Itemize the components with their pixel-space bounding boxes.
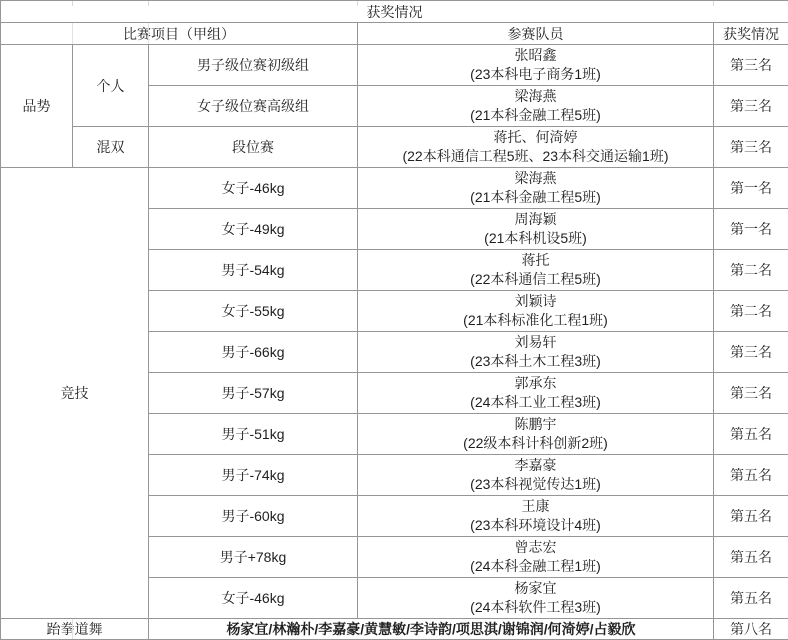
- event-cell: 男子+78kg: [149, 537, 358, 578]
- participant-cell: 刘易轩(23本科土木工程3班): [358, 332, 714, 373]
- participant-name: 蒋托、何渏婷: [358, 128, 713, 147]
- event-cell: 男子级位赛初级组: [149, 45, 358, 86]
- participant-class: (24本科金融工程1班): [358, 557, 713, 576]
- event-cell: 男子-51kg: [149, 414, 358, 455]
- gridline-ghost: [72, 619, 73, 639]
- group-cell-poomsae: 品势: [1, 45, 73, 168]
- award-cell: 第五名: [714, 455, 788, 496]
- award-cell: 第三名: [714, 45, 788, 86]
- participant-class: (24本科工业工程3班): [358, 393, 713, 412]
- participant-class: (23本科视觉传达1班): [358, 475, 713, 494]
- participant-name: 张昭鑫: [358, 46, 713, 65]
- participant-cell: 郭承东(24本科工业工程3班): [358, 373, 714, 414]
- participant-name: 郭承东: [358, 374, 713, 393]
- participant-name: 王康: [358, 497, 713, 516]
- header-participants: 参赛队员: [358, 23, 714, 45]
- participant-class: (21本科金融工程5班): [358, 106, 713, 125]
- award-cell: 第三名: [714, 86, 788, 127]
- award-cell: 第五名: [714, 496, 788, 537]
- event-cell: 男子-54kg: [149, 250, 358, 291]
- participant-name: 梁海燕: [358, 87, 713, 106]
- participant-name: 梁海燕: [358, 169, 713, 188]
- participant-class: (21本科金融工程5班): [358, 188, 713, 207]
- participant-cell: 杨家宜(24本科软件工程3班): [358, 578, 714, 619]
- participant-cell: 刘颖诗(21本科标准化工程1班): [358, 291, 714, 332]
- participant-cell: 梁海燕(21本科金融工程5班): [358, 86, 714, 127]
- participant-class: (23本科环境设计4班): [358, 516, 713, 535]
- event-cell: 段位赛: [149, 127, 358, 168]
- gridline-stub: [357, 1, 358, 6]
- table-row: 跆拳道舞 杨家宜/林瀚朴/李嘉豪/黄慧敏/李诗韵/项思淇/谢锦润/何渏婷/占毅欣…: [1, 619, 788, 640]
- participant-name: 周海颖: [358, 210, 713, 229]
- table-row: 获奖情况: [1, 1, 788, 23]
- event-cell: 女子-55kg: [149, 291, 358, 332]
- table-header-row: 比赛项目（甲组） 参赛队员 获奖情况: [1, 23, 788, 45]
- header-award: 获奖情况: [714, 23, 788, 45]
- table-row: 品势 个人 男子级位赛初级组 张昭鑫(23本科电子商务1班) 第三名: [1, 45, 788, 86]
- participant-name: 曾志宏: [358, 538, 713, 557]
- participant-class: (21本科机设5班): [358, 229, 713, 248]
- award-cell: 第一名: [714, 209, 788, 250]
- participant-cell: 梁海燕(21本科金融工程5班): [358, 168, 714, 209]
- participant-class: (22本科通信工程5班、23本科交通运输1班): [358, 147, 713, 166]
- table-row: 混双 段位赛 蒋托、何渏婷(22本科通信工程5班、23本科交通运输1班) 第三名: [1, 127, 788, 168]
- award-cell: 第三名: [714, 332, 788, 373]
- participant-cell: 王康(23本科环境设计4班): [358, 496, 714, 537]
- group-cell-mixed-double: 混双: [73, 127, 149, 168]
- award-cell: 第五名: [714, 537, 788, 578]
- event-cell: 男子-57kg: [149, 373, 358, 414]
- gridline-stub: [148, 1, 149, 6]
- event-cell: 女子-49kg: [149, 209, 358, 250]
- participant-class: (21本科标准化工程1班): [358, 311, 713, 330]
- event-cell: 男子-74kg: [149, 455, 358, 496]
- participant-class: (22本科通信工程5班): [358, 270, 713, 289]
- gridline-stub: [713, 1, 714, 6]
- participant-name: 陈鹏宇: [358, 415, 713, 434]
- dance-participants-cell: 杨家宜/林瀚朴/李嘉豪/黄慧敏/李诗韵/项思淇/谢锦润/何渏婷/占毅欣: [149, 619, 714, 640]
- award-cell: 第三名: [714, 127, 788, 168]
- awards-table: 获奖情况 比赛项目（甲组） 参赛队员 获奖情况 品势 个人 男子级位赛初级组 张…: [0, 0, 788, 640]
- group-cell-individual: 个人: [73, 45, 149, 127]
- participant-cell: 蒋托(22本科通信工程5班): [358, 250, 714, 291]
- award-cell: 第五名: [714, 414, 788, 455]
- event-cell: 女子级位赛高级组: [149, 86, 358, 127]
- group-cell-kyorugi: 竞技: [1, 168, 149, 619]
- gridline-ghost: [72, 23, 73, 44]
- event-cell: 男子-66kg: [149, 332, 358, 373]
- participant-name: 刘颖诗: [358, 292, 713, 311]
- participant-name: 杨家宜: [358, 579, 713, 598]
- gridline-ghost: [148, 23, 149, 44]
- participant-class: (23本科电子商务1班): [358, 65, 713, 84]
- participant-cell: 陈鹏宇(22级本科计科创新2班): [358, 414, 714, 455]
- participant-class: (23本科土木工程3班): [358, 352, 713, 371]
- participant-name: 蒋托: [358, 251, 713, 270]
- award-cell: 第一名: [714, 168, 788, 209]
- participant-name: 刘易轩: [358, 333, 713, 352]
- award-cell: 第二名: [714, 250, 788, 291]
- group-cell-taekwondo-dance: 跆拳道舞: [1, 619, 149, 640]
- award-cell: 第三名: [714, 373, 788, 414]
- page-title: 获奖情况: [1, 1, 788, 23]
- participant-cell: 周海颖(21本科机设5班): [358, 209, 714, 250]
- gridline-stub: [72, 1, 73, 6]
- event-cell: 女子-46kg: [149, 168, 358, 209]
- participant-class: (22级本科计科创新2班): [358, 434, 713, 453]
- award-cell: 第二名: [714, 291, 788, 332]
- award-cell: 第八名: [714, 619, 788, 640]
- participant-cell: 张昭鑫(23本科电子商务1班): [358, 45, 714, 86]
- event-cell: 女子-46kg: [149, 578, 358, 619]
- participant-cell: 蒋托、何渏婷(22本科通信工程5班、23本科交通运输1班): [358, 127, 714, 168]
- table-row: 竞技 女子-46kg 梁海燕(21本科金融工程5班) 第一名: [1, 168, 788, 209]
- participant-class: (24本科软件工程3班): [358, 598, 713, 617]
- header-event-group: 比赛项目（甲组）: [1, 23, 358, 45]
- participant-name: 李嘉豪: [358, 456, 713, 475]
- award-cell: 第五名: [714, 578, 788, 619]
- event-cell: 男子-60kg: [149, 496, 358, 537]
- participant-cell: 曾志宏(24本科金融工程1班): [358, 537, 714, 578]
- participant-cell: 李嘉豪(23本科视觉传达1班): [358, 455, 714, 496]
